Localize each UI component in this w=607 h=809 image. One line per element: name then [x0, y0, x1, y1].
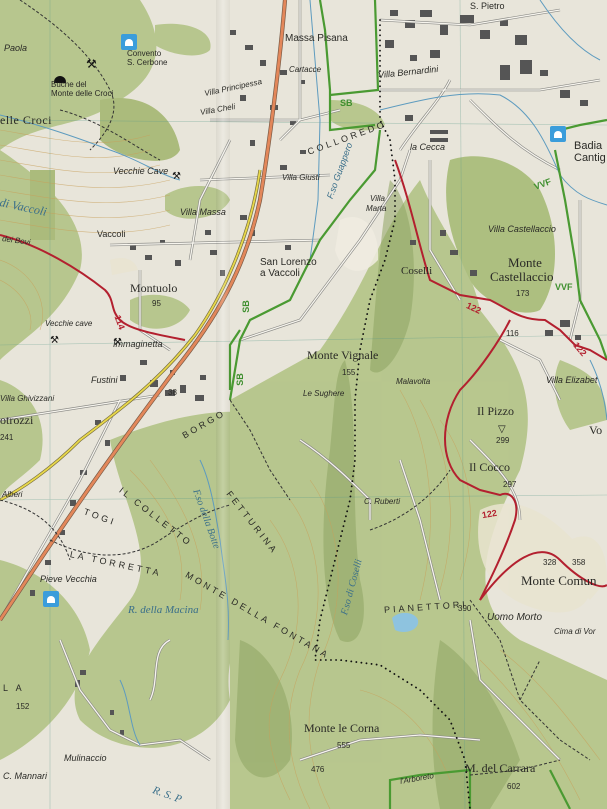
label-c-mannari: C. Mannari: [3, 772, 47, 781]
label-immaginetta: Immaginetta: [113, 340, 163, 349]
elev-il-pizzo: 299: [496, 437, 509, 445]
label-monte-castellaccio-2: Castellaccio: [490, 270, 554, 283]
label-convento: Convento: [127, 50, 161, 58]
label-san-lorenzo-2: a Vaccoli: [260, 269, 300, 279]
elev-pt-328: 328: [543, 559, 556, 567]
mine-icon: ⚒: [86, 58, 97, 70]
elev-otrozzi: 241: [0, 434, 13, 442]
elev-m-del-carrara: 602: [507, 783, 520, 791]
label-vecchie-cave-top: Vecchie Cave: [113, 167, 168, 176]
elev-pt-116: 116: [506, 330, 519, 338]
label-monte-vignale: Monte Vignale: [307, 349, 378, 361]
church-icon[interactable]: [43, 591, 59, 607]
mine-icon: ⚒: [50, 336, 59, 346]
elev-monte-le-corna: 555: [337, 742, 350, 750]
label-s-cerbone: S. Cerbone: [127, 59, 167, 67]
label-cima-di-vor: Cima di Vor: [554, 628, 596, 636]
label-san-lorenzo-1: San Lorenzo: [260, 258, 317, 268]
label-villa-marta-2: Marta: [366, 205, 386, 213]
elev-pt-358: 358: [572, 559, 585, 567]
elev-pt-476: 476: [311, 766, 324, 774]
label-otrozzi: otrozzi: [0, 414, 33, 426]
label-vo: Vo: [589, 424, 602, 436]
label-badia-2: Cantig: [574, 153, 606, 164]
label-vecchie-cave: Vecchie cave: [45, 320, 92, 328]
label-monte-le-corna: Monte le Corna: [304, 722, 379, 734]
elev-borgo: 38: [168, 389, 177, 397]
map-terrain-layer: [0, 0, 607, 809]
label-villa-giusti: Villa Giusti: [282, 174, 320, 182]
trail-marker-sb[interactable]: SB: [340, 99, 353, 108]
label-coselli: Coselli: [401, 266, 432, 277]
label-villa-ghivizzani: Villa Ghivizzani: [0, 395, 54, 403]
label-villa-marta-1: Villa: [370, 195, 385, 203]
label-pieve-vecchia: Pieve Vecchia: [40, 575, 97, 584]
label-badia-1: Badia: [574, 141, 602, 152]
label-il-cocco: Il Cocco: [469, 461, 510, 473]
label-fustini: Fustini: [91, 376, 118, 385]
trail-marker-sb[interactable]: SB: [242, 300, 251, 313]
elev-il-cocco: 297: [503, 481, 516, 489]
label-villa-massa: Villa Massa: [180, 208, 226, 217]
topographic-map[interactable]: ⚒ ⚒ ⚒ ⚒ ▽ Paola Convento S. Cerbone Buch…: [0, 0, 607, 809]
label-paola: Paola: [4, 44, 27, 53]
label-montuolo: Montuolo: [130, 282, 177, 294]
summit-triangle-icon: ▽: [498, 425, 506, 435]
label-malavolta: Malavolta: [396, 378, 430, 386]
paper-fold: [216, 0, 230, 809]
label-monte-delle-croci: elle Croci: [0, 114, 52, 126]
church-icon[interactable]: [550, 126, 566, 142]
label-vaccoli: Vaccoli: [97, 230, 125, 239]
label-cartacce: Cartacce: [289, 66, 321, 74]
label-massa-pisana: Massa Pisana: [285, 34, 348, 44]
mine-icon: ⚒: [172, 172, 181, 182]
label-villa-castellaccio: Villa Castellaccio: [488, 225, 556, 234]
trail-marker-vvf[interactable]: VVF: [555, 283, 573, 292]
label-monte-castellaccio-1: Monte: [508, 256, 542, 269]
label-s-pietro: S. Pietro: [470, 2, 505, 11]
label-monte-comune: Monte Comun: [521, 574, 596, 587]
church-icon[interactable]: [121, 34, 137, 50]
label-r-della-macina: R. della Macina: [128, 605, 199, 616]
elev-montuolo: 95: [152, 300, 161, 308]
label-la-cecca: la Cecca: [410, 143, 445, 152]
label-uomo-morto: Uomo Morto: [487, 613, 542, 623]
label-il-pizzo: Il Pizzo: [477, 405, 514, 417]
label-c-ruberti: C. Ruberti: [364, 498, 400, 506]
elev-monte-castellaccio: 173: [516, 290, 529, 298]
label-villa-elizabeth: Villa Elizabet: [546, 376, 597, 385]
label-mulinaccio: Mulinaccio: [64, 754, 107, 763]
label-m-del-carrara: M. del Carrara: [465, 762, 535, 774]
label-alberi: Alberi: [2, 491, 22, 499]
trail-marker-sb[interactable]: SB: [236, 373, 245, 386]
elev-uomo-morto: 390: [458, 605, 471, 613]
elev-monte-vignale: 155: [342, 369, 355, 377]
elev-la: 152: [16, 703, 29, 711]
label-le-sughere: Le Sughere: [303, 390, 344, 398]
label-buche-1: Buche del: [51, 81, 87, 89]
label-la: L A: [3, 684, 25, 693]
label-buche-2: Monte delle Croci: [51, 90, 113, 98]
